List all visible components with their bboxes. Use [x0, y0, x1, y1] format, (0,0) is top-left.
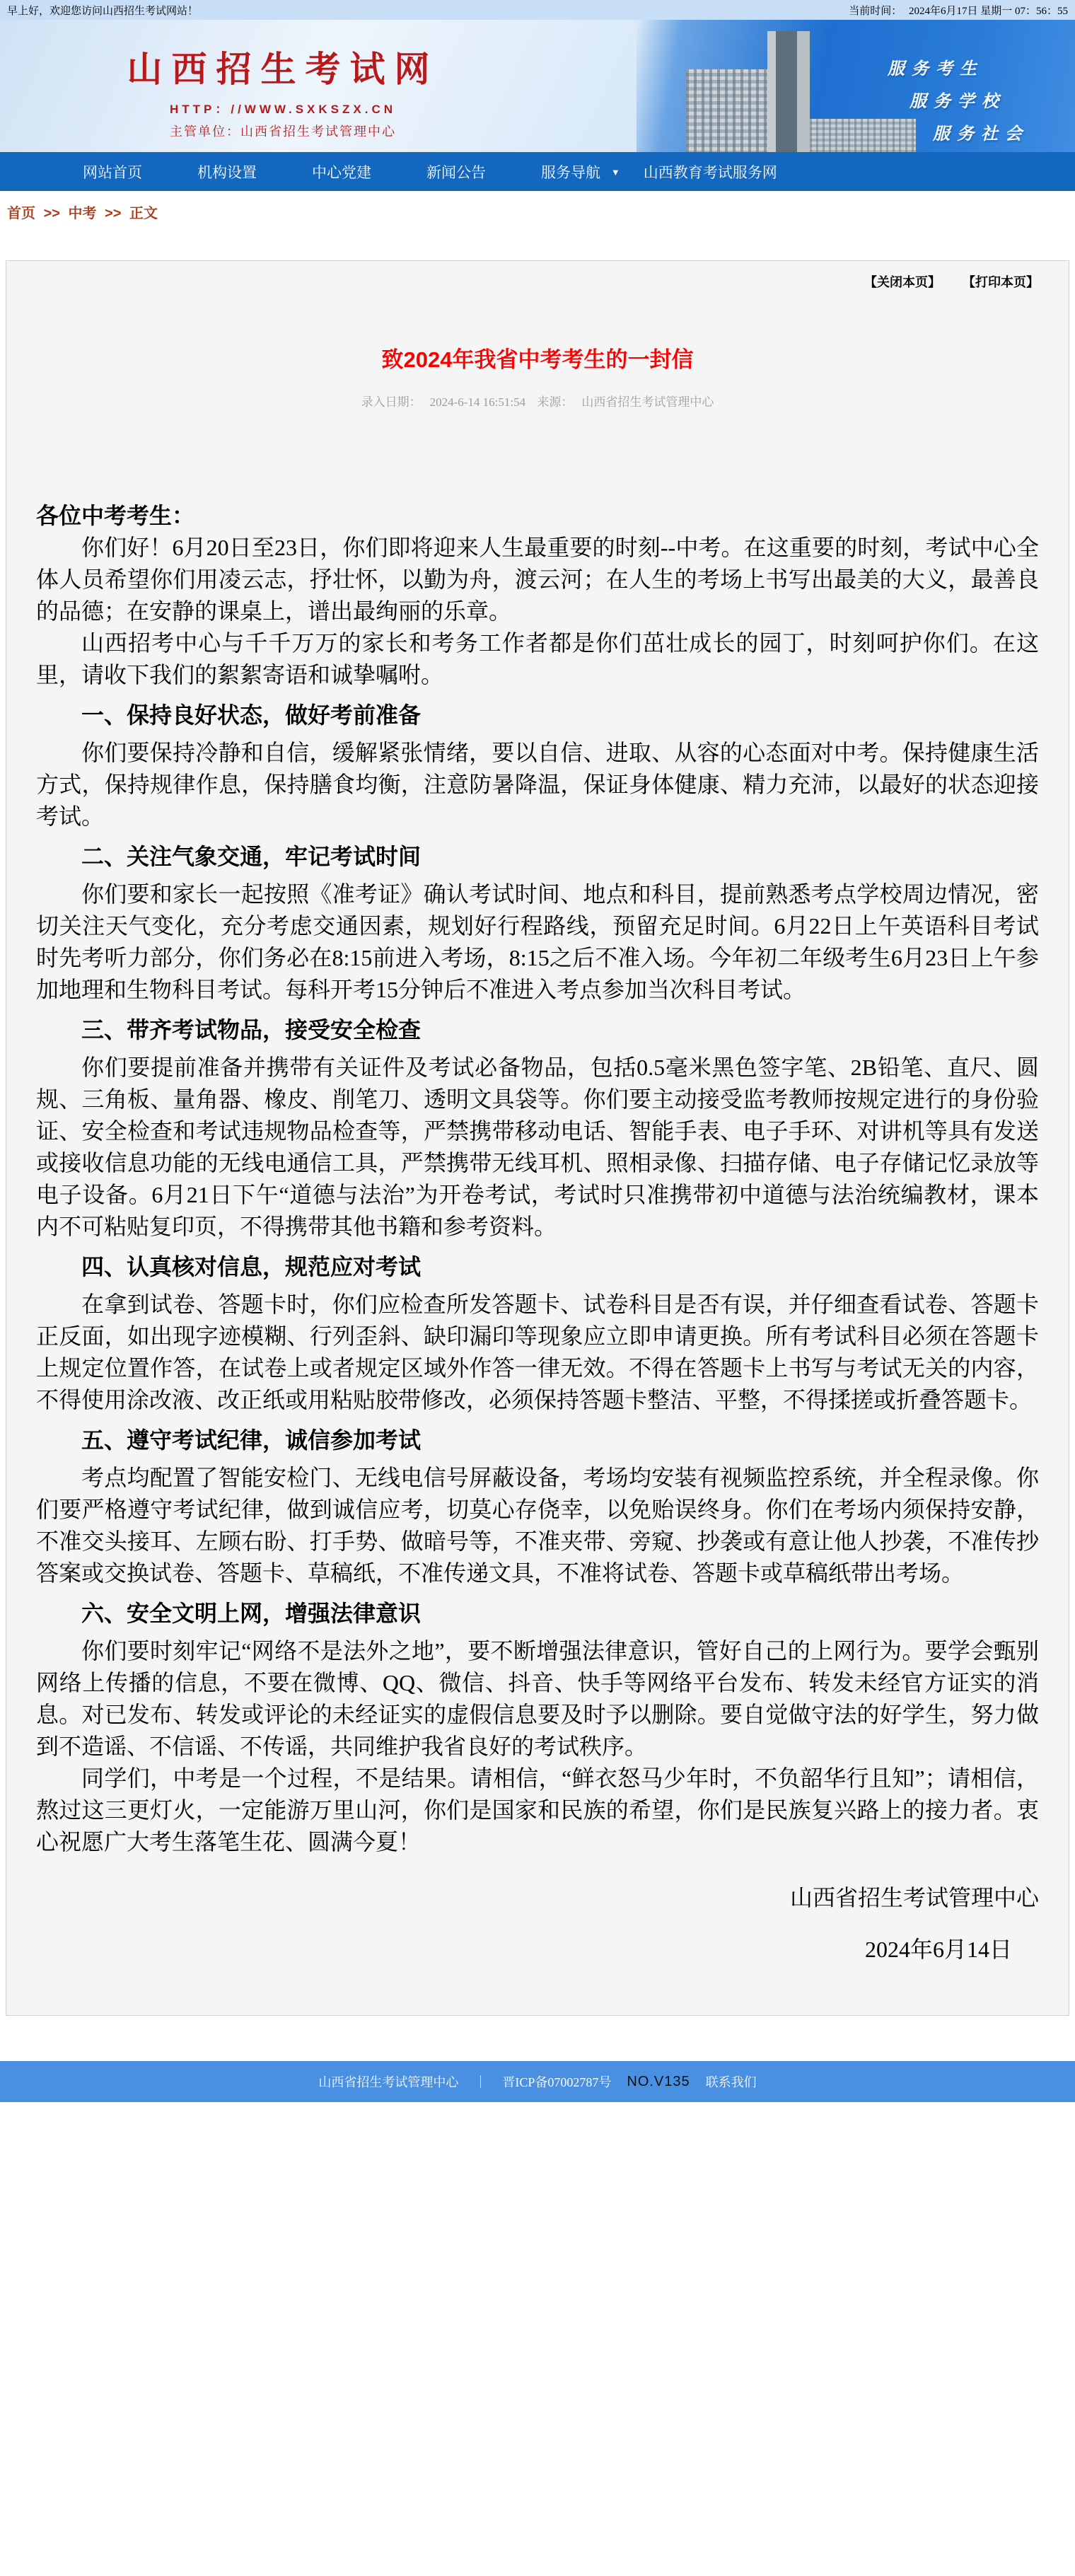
footer-contact-link[interactable]: 联系我们	[706, 2072, 757, 2091]
article-body: 各位中考考生： 你们好！6月20日至23日，你们即将迎来人生最重要的时刻--中考…	[36, 500, 1039, 1858]
nav-item-news[interactable]: 新闻公告	[426, 161, 486, 182]
breadcrumb: 首页 >> 中考 >> 正文	[0, 191, 1075, 260]
close-page-button[interactable]: 【关闭本页】	[864, 275, 941, 289]
signature: 山西省招生考试管理中心	[36, 1882, 1039, 1914]
site-organizer: 主管单位：山西省招生考试管理中心	[0, 122, 566, 140]
building-wing	[810, 119, 916, 152]
footer-separator: ｜	[474, 2072, 487, 2091]
nav-item-home[interactable]: 网站首页	[83, 161, 142, 182]
nav-item-service-guide-label: 服务导航	[541, 165, 600, 181]
article-paragraph: 你们好！6月20日至23日，你们即将迎来人生最重要的时刻--中考。在这重要的时刻…	[36, 532, 1039, 627]
article-paragraph: 你们要保持冷静和自信，缓解紧张情绪，要以自信、进取、从容的心态面对中考。保持健康…	[36, 737, 1039, 832]
site-name[interactable]: 山西招生考试网	[0, 41, 566, 92]
salutation: 各位中考考生：	[36, 500, 1039, 532]
chevron-down-icon: ▼	[611, 167, 620, 178]
source-value: 山西省招生考试管理中心	[581, 395, 714, 409]
section-heading-4: 四、认真核对信息，规范应对考试	[36, 1251, 1039, 1283]
signature-date: 2024年6月14日	[36, 1934, 1039, 1966]
current-time-label: 当前时间：	[849, 6, 902, 17]
section-heading-5: 五、遵守考试纪律，诚信参加考试	[36, 1425, 1039, 1456]
footer-icp: 晋ICP备07002787号	[502, 2072, 611, 2091]
section-heading-3: 三、带齐考试物品，接受安全检查	[36, 1014, 1039, 1046]
source-label: 来源：	[537, 395, 573, 409]
main-nav: 网站首页 机构设置 中心党建 新闻公告 服务导航 ▼ 山西教育考试服务网	[0, 152, 1075, 191]
breadcrumb-current: 正文	[129, 206, 158, 221]
section-heading-2: 二、关注气象交通，牢记考试时间	[36, 841, 1039, 873]
nav-item-service-guide[interactable]: 服务导航 ▼	[541, 161, 620, 182]
slogan-serve-candidates: 服务考生	[888, 54, 984, 79]
slogan-serve-schools: 服务学校	[910, 87, 1006, 112]
breadcrumb-separator: >>	[105, 206, 121, 221]
building-tower	[767, 31, 810, 152]
slogan-serve-society: 服务社会	[933, 120, 1029, 144]
entry-date-value: 2024-6-14 16:51:54	[430, 395, 526, 409]
site-header: 山西招生考试网 HTTP：//WWW.SXKSZX.CN 主管单位：山西省招生考…	[0, 20, 1075, 152]
article-paragraph: 在拿到试卷、答题卡时，你们应检查所发答题卡、试卷科目是否有误，并仔细查看试卷、答…	[36, 1289, 1039, 1416]
entry-date-label: 录入日期：	[361, 395, 422, 409]
section-heading-6: 六、安全文明上网，增强法律意识	[36, 1598, 1039, 1630]
building-slab	[686, 69, 767, 152]
page-actions: 【关闭本页】 【打印本页】	[36, 272, 1039, 291]
nav-item-education-exam-service[interactable]: 山西教育考试服务网	[644, 161, 777, 182]
topbar-greeting: 早上好，欢迎您访问山西招生考试网站！	[7, 3, 198, 18]
article-panel: 【关闭本页】 【打印本页】 致2024年我省中考考生的一封信 录入日期：2024…	[6, 260, 1069, 2016]
article-paragraph: 山西招考中心与千千万万的家长和考务工作者都是你们茁壮成长的园丁，时刻呵护你们。在…	[36, 627, 1039, 691]
breadcrumb-separator: >>	[44, 206, 60, 221]
article-title: 致2024年我省中考考生的一封信	[36, 342, 1039, 373]
nav-item-organization[interactable]: 机构设置	[197, 161, 257, 182]
article-paragraph: 考点均配置了智能安检门、无线电信号屏蔽设备，考场均安装有视频监控系统，并全程录像…	[36, 1462, 1039, 1589]
current-time: 当前时间： 2024年6月17日 星期一 07：56：55	[844, 3, 1068, 18]
site-logo: 山西招生考试网 HTTP：//WWW.SXKSZX.CN 主管单位：山西省招生考…	[0, 20, 566, 140]
visitor-counter: NO.V135	[627, 2074, 690, 2090]
article-paragraph: 你们要时刻牢记“网络不是法外之地”，要不断增强法律意识，管好自己的上网行为。要学…	[36, 1635, 1039, 1763]
page-footer: 山西省招生考试管理中心 ｜ 晋ICP备07002787号 NO.V135 联系我…	[0, 2061, 1075, 2102]
current-time-value: 2024年6月17日 星期一 07：56：55	[909, 6, 1068, 17]
article-paragraph: 你们要提前准备并携带有关证件及考试必备物品，包括0.5毫米黑色签字笔、2B铅笔、…	[36, 1052, 1039, 1243]
topbar: 早上好，欢迎您访问山西招生考试网站！ 当前时间： 2024年6月17日 星期一 …	[0, 0, 1075, 20]
article-paragraph: 同学们，中考是一个过程，不是结果。请相信，“鲜衣怒马少年时，不负韶华行且知”；请…	[36, 1763, 1039, 1858]
breadcrumb-zhongkao[interactable]: 中考	[68, 206, 96, 221]
print-page-button[interactable]: 【打印本页】	[963, 275, 1039, 289]
footer-org: 山西省招生考试管理中心	[318, 2072, 458, 2091]
section-heading-1: 一、保持良好状态，做好考前准备	[36, 700, 1039, 731]
article-meta: 录入日期：2024-6-14 16:51:54 来源：山西省招生考试管理中心	[36, 392, 1039, 410]
breadcrumb-home[interactable]: 首页	[7, 206, 35, 221]
header-building-photo: 服务考生 服务学校 服务社会	[637, 20, 1075, 152]
nav-item-party-building[interactable]: 中心党建	[312, 161, 371, 182]
site-url: HTTP：//WWW.SXKSZX.CN	[0, 99, 566, 117]
article-paragraph: 你们要和家长一起按照《准考证》确认考试时间、地点和科目，提前熟悉考点学校周边情况…	[36, 878, 1039, 1006]
